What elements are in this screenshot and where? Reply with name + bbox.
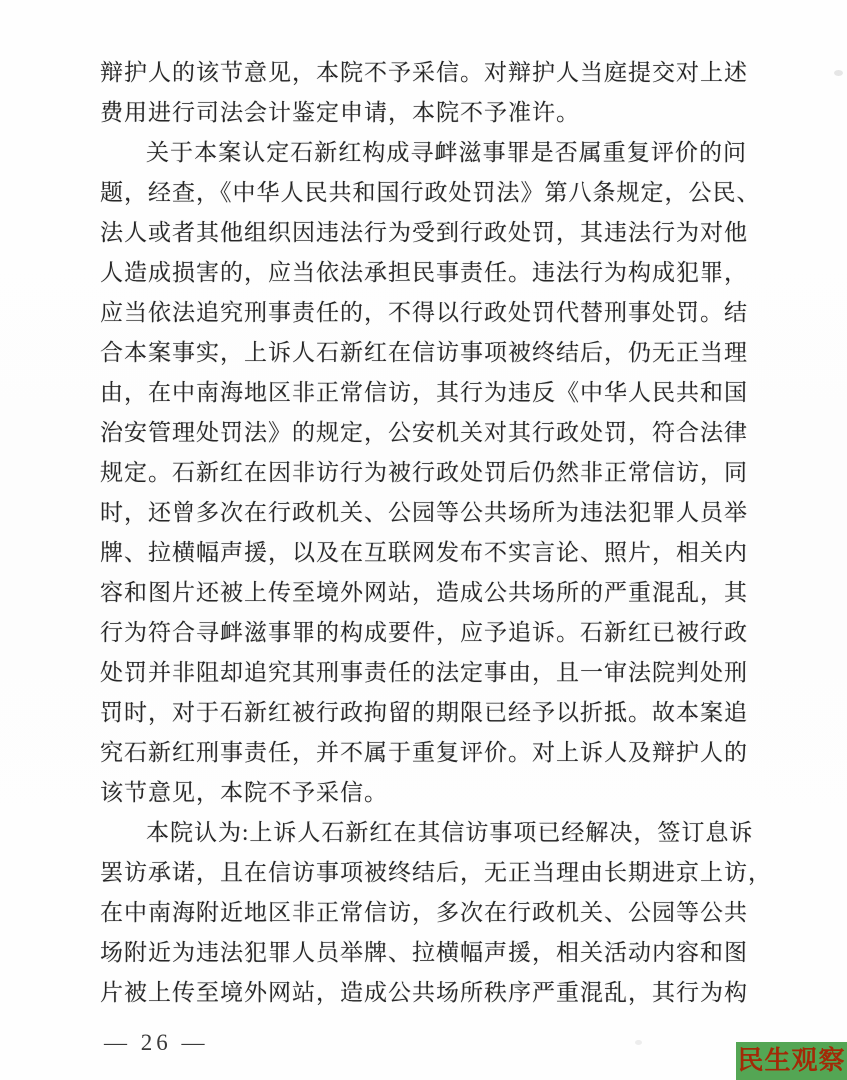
scan-artifact [834, 70, 843, 76]
text-line: 处罚并非阻却追究其刑事责任的法定事由，且一审法院判处刑 [100, 653, 747, 693]
text-line: 法人或者其他组织因违法行为受到行政处罚，其违法行为对他 [100, 213, 747, 253]
text-line: 应当依法追究刑事责任的，不得以行政处罚代替刑事处罚。结 [100, 293, 747, 333]
text-line: 场附近为违法犯罪人员举牌、拉横幅声援，相关活动内容和图 [100, 933, 747, 973]
document-body-text: 辩护人的该节意见，本院不予采信。对辩护人当庭提交对上述 费用进行司法会计鉴定申请… [100, 53, 747, 1013]
text-line: 规定。石新红在因非访行为被行政处罚后仍然非正常信访，同 [100, 453, 747, 493]
text-line: 辩护人的该节意见，本院不予采信。对辩护人当庭提交对上述 [100, 53, 747, 93]
text-line: 究石新红刑事责任，并不属于重复评价。对上诉人及辩护人的 [100, 733, 747, 773]
scan-artifact [635, 1040, 642, 1045]
text-line: 片被上传至境外网站，造成公共场所秩序严重混乱，其行为构 [100, 973, 747, 1013]
text-line: 牌、拉横幅声援，以及在互联网发布不实言论、照片，相关内 [100, 533, 747, 573]
text-line: 罢访承诺，且在信访事项被终结后，无正当理由长期进京上访， [100, 853, 747, 893]
document-page: 辩护人的该节意见，本院不予采信。对辩护人当庭提交对上述 费用进行司法会计鉴定申请… [0, 0, 847, 1080]
page-number: — 26 — [104, 1030, 209, 1056]
text-line: 合本案事实，上诉人石新红在信访事项被终结后，仍无正当理 [100, 333, 747, 373]
watermark-stamp: 民生观察 [736, 1042, 847, 1080]
text-line: 在中南海附近地区非正常信访，多次在行政机关、公园等公共 [100, 893, 747, 933]
text-line: 该节意见，本院不予采信。 [100, 773, 747, 813]
text-line: 人造成损害的，应当依法承担民事责任。违法行为构成犯罪， [100, 253, 747, 293]
text-line: 容和图片还被上传至境外网站，造成公共场所的严重混乱，其 [100, 573, 747, 613]
text-line: 行为符合寻衅滋事罪的构成要件，应予追诉。石新红已被行政 [100, 613, 747, 653]
text-line: 罚时，对于石新红被行政拘留的期限已经予以折抵。故本案追 [100, 693, 747, 733]
text-line: 题，经查，《中华人民共和国行政处罚法》第八条规定，公民、 [100, 173, 747, 213]
text-line: 本院认为:上诉人石新红在其信访事项已经解决，签订息诉 [100, 813, 747, 853]
text-line: 关于本案认定石新红构成寻衅滋事罪是否属重复评价的问 [100, 133, 747, 173]
text-line: 费用进行司法会计鉴定申请，本院不予准许。 [100, 93, 747, 133]
text-line: 由，在中南海地区非正常信访，其行为违反《中华人民共和国 [100, 373, 747, 413]
text-line: 时，还曾多次在行政机关、公园等公共场所为违法犯罪人员举 [100, 493, 747, 533]
text-line: 治安管理处罚法》的规定，公安机关对其行政处罚，符合法律 [100, 413, 747, 453]
